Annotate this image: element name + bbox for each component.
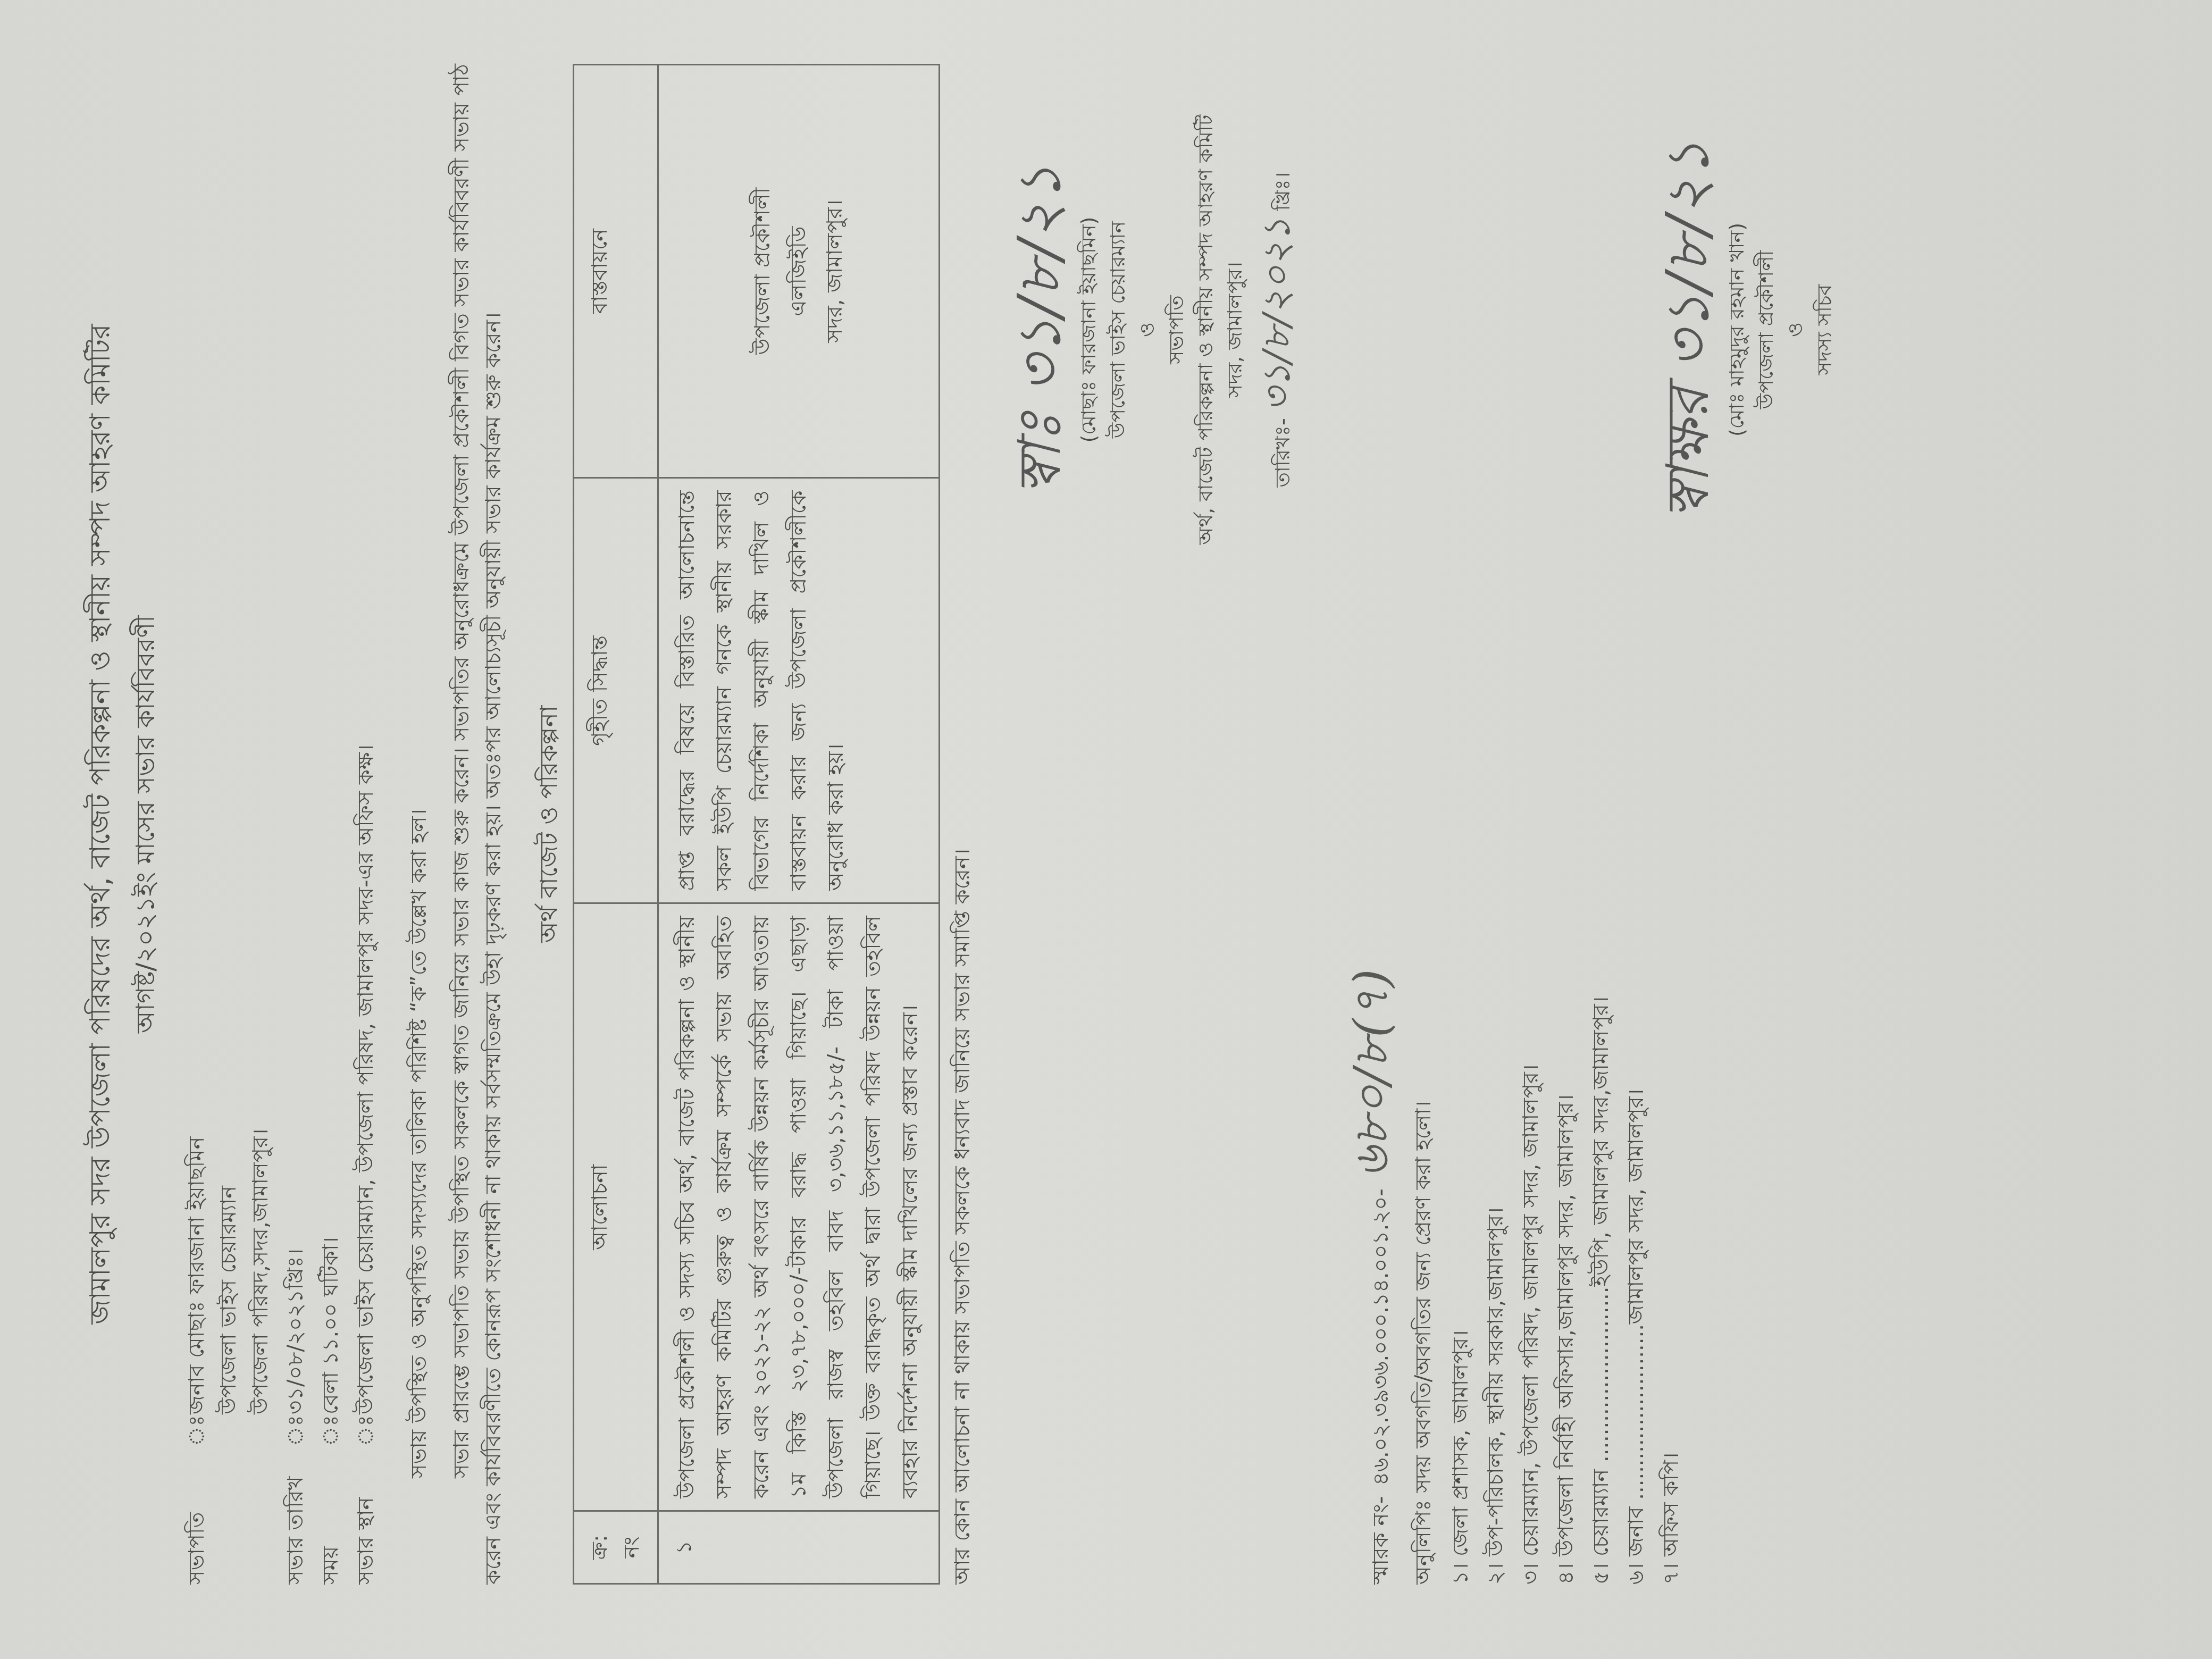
item-text: চেয়ারম্যান, উপজেলা পরিষদ, জামালপুর সদর,… [1519,1065,1543,1556]
item-number: ৫। [1589,1563,1613,1585]
copy-label: অনুলিপিঃ [1411,1499,1436,1585]
copy-text: সদয় অবগতি/অবগতির জন্য প্রেরণ করা হলো। [1411,1101,1436,1493]
list-item: ৬। জনাব ..........................জামালপ… [1620,64,1652,1585]
meta-sep: ঃ [280,1414,312,1446]
sig-line: সদস্য সচিব [1810,64,1839,596]
meta-value-venue: উপজেলা ভাইস চেয়ারম্যান, উপজেলা পরিষদ, জ… [350,64,382,1414]
attendance-note: সভায় উপস্থিত ও অনুপস্থিত সদস্যদের তালিক… [403,64,435,1585]
row-num: ১ [658,1511,940,1584]
sig-line: অর্থ, বাজেট পরিকল্পনা ও স্থানীয় সম্পদ আ… [1191,64,1220,596]
item-text: জেলা প্রশাসক, জামালপুর। [1448,1330,1473,1556]
intro-paragraph: সভার প্রারম্ভে সভাপতি সভায় উপস্থিত সকলক… [446,64,509,1585]
meta-label-date: সভার তারিখ [280,1446,312,1585]
item-number: ১। [1448,1563,1473,1585]
header-implementation: বাস্তবায়নে [574,65,658,478]
impl-line: এলজিইডি [781,77,817,465]
table-header-row: ক্র: নং আলোচনা গৃহীত সিদ্ধান্ত বাস্তবায়… [574,65,658,1584]
chair-signature-row: স্বাঃ ৩১/৮/২১ (মোছাঃ ফারজানা ইয়াছমিন) উ… [1010,64,1304,1585]
memo-number-label: স্মারক নং- [1365,1496,1397,1585]
row-implementation: উপজেলা প্রকৌশলী এলজিইডি সদর, জামালপুর। [658,65,940,478]
row-decision: প্রাপ্ত বরাদ্ধের বিষয়ে বিস্তারিত আলোচনা… [658,478,940,903]
secretary-signature-block: স্বাক্ষর ৩১/৮/২১ (মোঃ মাহমুদুর রহমান খান… [1658,64,1839,596]
secretary-signature: স্বাক্ষর ৩১/৮/২১ [1658,64,1717,596]
memo-number-value: ৪৬.০২.৩৯৩৬.০০০.১৪.০০১.২০- [1365,1188,1397,1486]
meta-value-date: ৩১/০৮/২০২১খ্রিঃ। [280,64,312,1414]
meta-sep: ঃ [315,1414,347,1446]
section-title: অর্থ বাজেট ও পরিকল্পনা [531,64,567,1585]
sig-line: সদর, জামালপুর। [1220,64,1250,596]
minutes-table: ক্র: নং আলোচনা গৃহীত সিদ্ধান্ত বাস্তবায়… [573,64,940,1585]
chair-name: জনাব মোছাঃ ফারজানা ইয়াছমিন [181,64,213,1414]
sig-line: সভাপতি [1162,64,1191,596]
meta-sep: ঃ [350,1414,382,1446]
sig-line: উপজেলা ভাইস চেয়ারম্যান [1103,64,1133,596]
item-number: ৪। [1554,1563,1578,1585]
meta-value-time: বেলা ১১.০০ ঘটিকা। [315,64,347,1414]
item-text: জনাব ..........................জামালপুর … [1624,1089,1648,1556]
copy-line: অনুলিপিঃ সদয় অবগতি/অবগতির জন্য প্রেরণ ক… [1407,64,1439,1585]
item-text: চেয়ারম্যান ..........................ইউ… [1589,996,1613,1556]
document-subtitle: আগষ্ট/২০২১ইং মাসের সভার কার্যবিবরণী [127,64,165,1585]
item-number: ৩। [1519,1563,1543,1585]
meta-label-chair: সভাপতি [181,1446,276,1585]
impl-line: সদর, জামালপুর। [817,77,853,465]
meeting-meta: সভাপতি ঃ জনাব মোছাঃ ফারজানা ইয়াছমিন উপজ… [181,64,382,1585]
item-number: ২। [1484,1563,1508,1585]
item-text: উপজেলা নির্বাহী অফিসার,জামালপুর সদর, জাম… [1554,1094,1578,1556]
chair-signature: স্বাঃ ৩১/৮/২১ [1010,64,1069,596]
sig-line: ও [1133,64,1162,596]
item-number: ৭। [1659,1563,1683,1585]
item-text: অফিস কপি। [1659,1453,1683,1556]
chair-title: উপজেলা ভাইস চেয়ারম্যান [213,64,245,1414]
sig-line: ও [1781,64,1810,596]
item-number: ৬। [1624,1563,1648,1585]
impl-line: উপজেলা প্রকৌশলী [744,77,781,465]
memo-handwritten-suffix: ৬৮০/৮(৭) [1336,969,1407,1178]
document-title: জামালপুর সদর উপজেলা পরিষদের অর্থ, বাজেট … [80,64,121,1585]
chair-signature-block: স্বাঃ ৩১/৮/২১ (মোছাঃ ফারজানা ইয়াছমিন) উ… [1010,64,1304,596]
meta-label-venue: সভার স্থান [350,1446,382,1585]
document-page: জামালপুর সদর উপজেলা পরিষদের অর্থ, বাজেট … [0,0,2212,1659]
header-decision: গৃহীত সিদ্ধান্ত [574,478,658,903]
table-row: ১ উপজেলা প্রকৌশলী ও সদস্য সচিব অর্থ, বাজ… [658,65,940,1584]
closing-statement: আর কোন আলোচনা না থাকায় সভাপতি সকলকে ধন্… [946,64,978,1585]
list-item: ৫। চেয়ারম্যান .........................… [1585,64,1617,1585]
sig-date: তারিখঃ- ৩১/৮/২০২১ খ্রিঃ। [1250,64,1304,596]
meta-sep: ঃ [181,1414,276,1446]
meta-value-chair: জনাব মোছাঃ ফারজানা ইয়াছমিন উপজেলা ভাইস … [181,64,276,1414]
sig-date-suffix: খ্রিঃ। [1271,172,1294,211]
list-item: ১। জেলা প্রশাসক, জামালপুর। [1445,64,1477,1585]
distribution-list: ১। জেলা প্রশাসক, জামালপুর। ২। উপ-পরিচালক… [1445,64,1687,1585]
header-discussion: আলোচনা [574,903,658,1511]
list-item: ৪। উপজেলা নির্বাহী অফিসার,জামালপুর সদর, … [1550,64,1582,1585]
secretary-signature-row: স্বাক্ষর ৩১/৮/২১ (মোঃ মাহমুদুর রহমান খান… [1658,64,1839,1585]
list-item: ৩। চেয়ারম্যান, উপজেলা পরিষদ, জামালপুর স… [1515,64,1547,1585]
meta-label-time: সময় [315,1446,347,1585]
list-item: ২। উপ-পরিচালক, স্থানীয় সরকার,জামালপুর। [1480,64,1512,1585]
sig-line: (মোছাঃ ফারজানা ইয়াছমিন) [1074,64,1103,596]
item-text: উপ-পরিচালক, স্থানীয় সরকার,জামালপুর। [1484,1207,1508,1556]
sig-line: (মোঃ মাহমুদুর রহমান খান) [1722,64,1752,596]
sig-date-label: তারিখঃ- [1271,418,1294,487]
memo-number-line: স্মারক নং- ৪৬.০২.৩৯৩৬.০০০.১৪.০০১.২০- ৬৮০… [1336,64,1407,1585]
sig-line: উপজেলা প্রকৌশলী [1752,64,1781,596]
memo-section: স্মারক নং- ৪৬.০২.৩৯৩৬.০০০.১৪.০০১.২০- ৬৮০… [1336,64,1687,1585]
header-num: ক্র: নং [574,1511,658,1584]
row-discussion: উপজেলা প্রকৌশলী ও সদস্য সচিব অর্থ, বাজেট… [658,903,940,1511]
sig-date-value: ৩১/৮/২০২১ [1255,217,1298,412]
chair-office: উপজেলা পরিষদ,সদর,জামালপুর। [245,64,276,1414]
